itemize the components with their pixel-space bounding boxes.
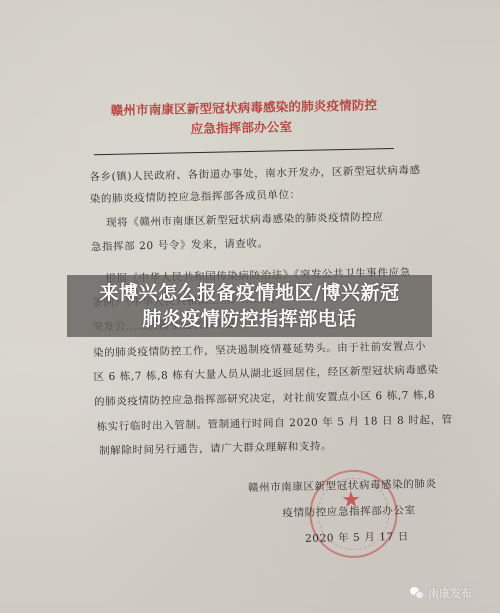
body-line: 急指挥部 20 号令》发来，请查收。 bbox=[91, 236, 269, 255]
body-line: 各乡(镇)人民政府、各街道办事处，南水开发办，区新型冠状病毒感 bbox=[89, 162, 421, 184]
document-header-title-line2: 应急指挥部办公室 bbox=[186, 117, 296, 137]
signature-org-line2: 疫情防控应急指挥部办公室 bbox=[282, 503, 415, 521]
body-line: 染的肺炎疫情防控应急指挥部各成员单位： bbox=[90, 187, 301, 206]
source-watermark: 南康发布 bbox=[410, 585, 472, 601]
overlay-title-line1: 来博兴怎么报备疫情地区/博兴新冠 bbox=[67, 280, 432, 306]
body-line: 区 6 栋,7 栋,8 栋有大量人员从湖北返回居住，经区新型冠状病毒感染 bbox=[93, 362, 438, 384]
signature-date: 2020 年 5 月 17 日 bbox=[305, 529, 409, 546]
overlay-title-line2: 肺炎疫情防控指挥部电话 bbox=[67, 306, 432, 332]
body-line: 制解除时间另行通告，请广大群众理解和支持。 bbox=[99, 438, 332, 458]
body-line: 现将《赣州市南康区新型冠状病毒感染的肺炎疫情防控应 bbox=[90, 209, 383, 230]
document-header-title-line1: 赣州市南康区新型冠状病毒感染的肺炎疫情防控 bbox=[104, 95, 384, 119]
body-line: 栋实行临时出入管制。管制通行时间自 2020 年 5 月 18 日 8 时起，管 bbox=[96, 412, 452, 434]
body-line: 的肺炎疫情防控应急指挥部研究决定，对社前安置点小区 6 栋,7 栋,8 bbox=[94, 387, 435, 409]
watermark-label: 南康发布 bbox=[428, 585, 472, 601]
header-divider bbox=[94, 148, 394, 155]
wechat-icon bbox=[410, 587, 424, 599]
body-line: 染的肺炎疫情防控工作，坚决遏制疫情蔓延势头。由于社前安置点小 bbox=[93, 338, 426, 360]
article-title-overlay: 来博兴怎么报备疫情地区/博兴新冠 肺炎疫情防控指挥部电话 bbox=[67, 275, 432, 337]
signature-org-line1: 赣州市南康区新型冠状病毒感染的肺炎 bbox=[248, 476, 437, 495]
